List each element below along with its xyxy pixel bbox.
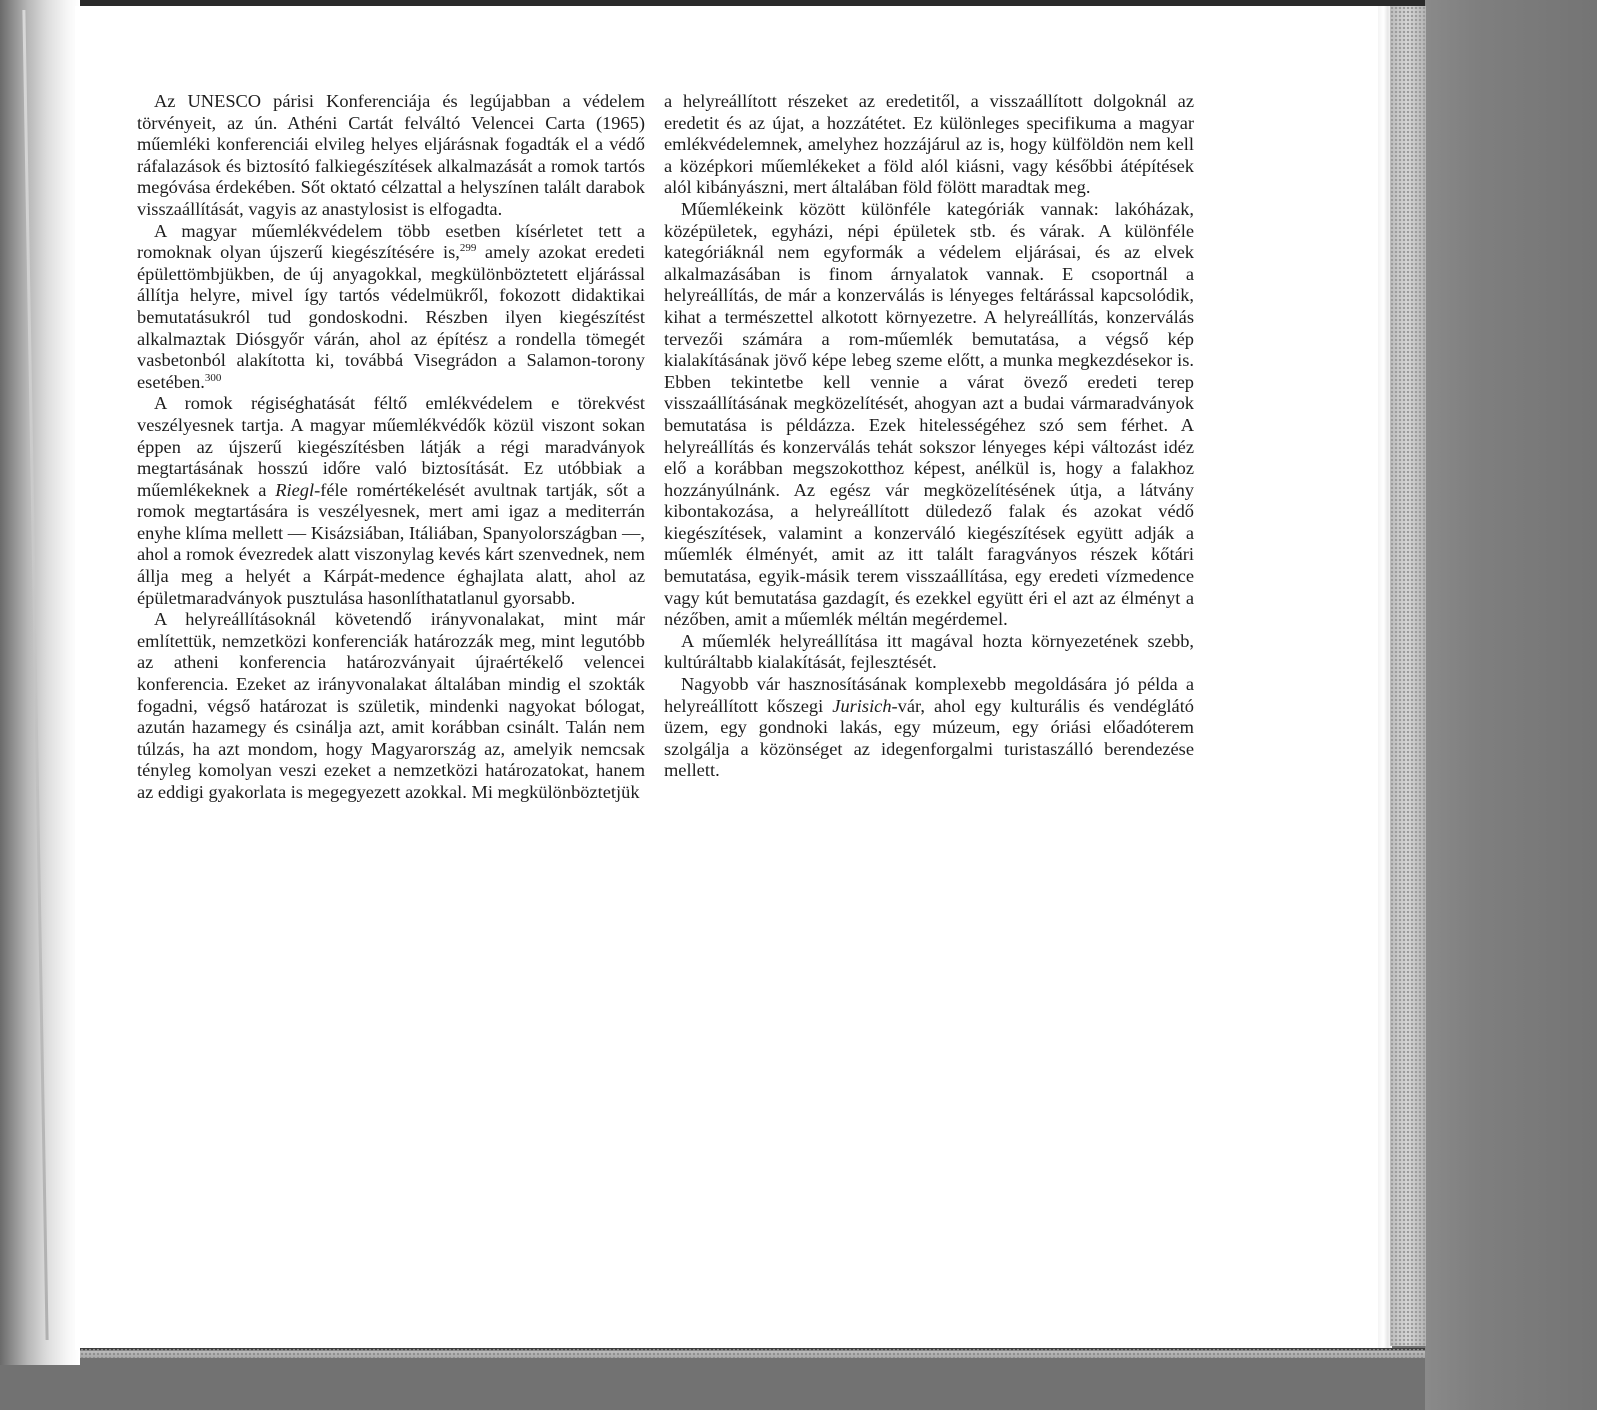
footnote-ref: 300 [205,372,222,384]
italic-name: Jurisich [832,696,891,716]
page-bottom-edge [80,1348,1425,1358]
footnote-ref: 299 [460,242,477,254]
paragraph: Műemlékeink között különféle kategóriák … [664,199,1194,631]
page-stack-edge [1390,6,1426,1346]
italic-name: Riegl [275,480,314,500]
book-spine-shadow [0,0,80,1365]
paragraph: A műemlék helyreállítása itt magával hoz… [664,631,1194,674]
left-text-column: Az UNESCO párisi Konferenciája és legúja… [137,91,645,804]
paragraph: Nagyobb vár hasznosításának komplexebb m… [664,674,1194,782]
paragraph: Az UNESCO párisi Konferenciája és legúja… [137,91,645,221]
paragraph: A magyar műemlékvédelem több esetben kís… [137,221,645,394]
paragraph: A helyreállításoknál követendő irányvona… [137,609,645,803]
right-text-column: a helyreállított részeket az eredetitől,… [664,91,1194,782]
paragraph-continuation: a helyreállított részeket az eredetitől,… [664,91,1194,199]
scanner-background [1425,0,1597,1410]
paragraph-text: amely azokat eredeti épülettömbjükben, d… [137,242,645,392]
paragraph: A romok régiséghatását féltő emlékvédele… [137,393,645,609]
